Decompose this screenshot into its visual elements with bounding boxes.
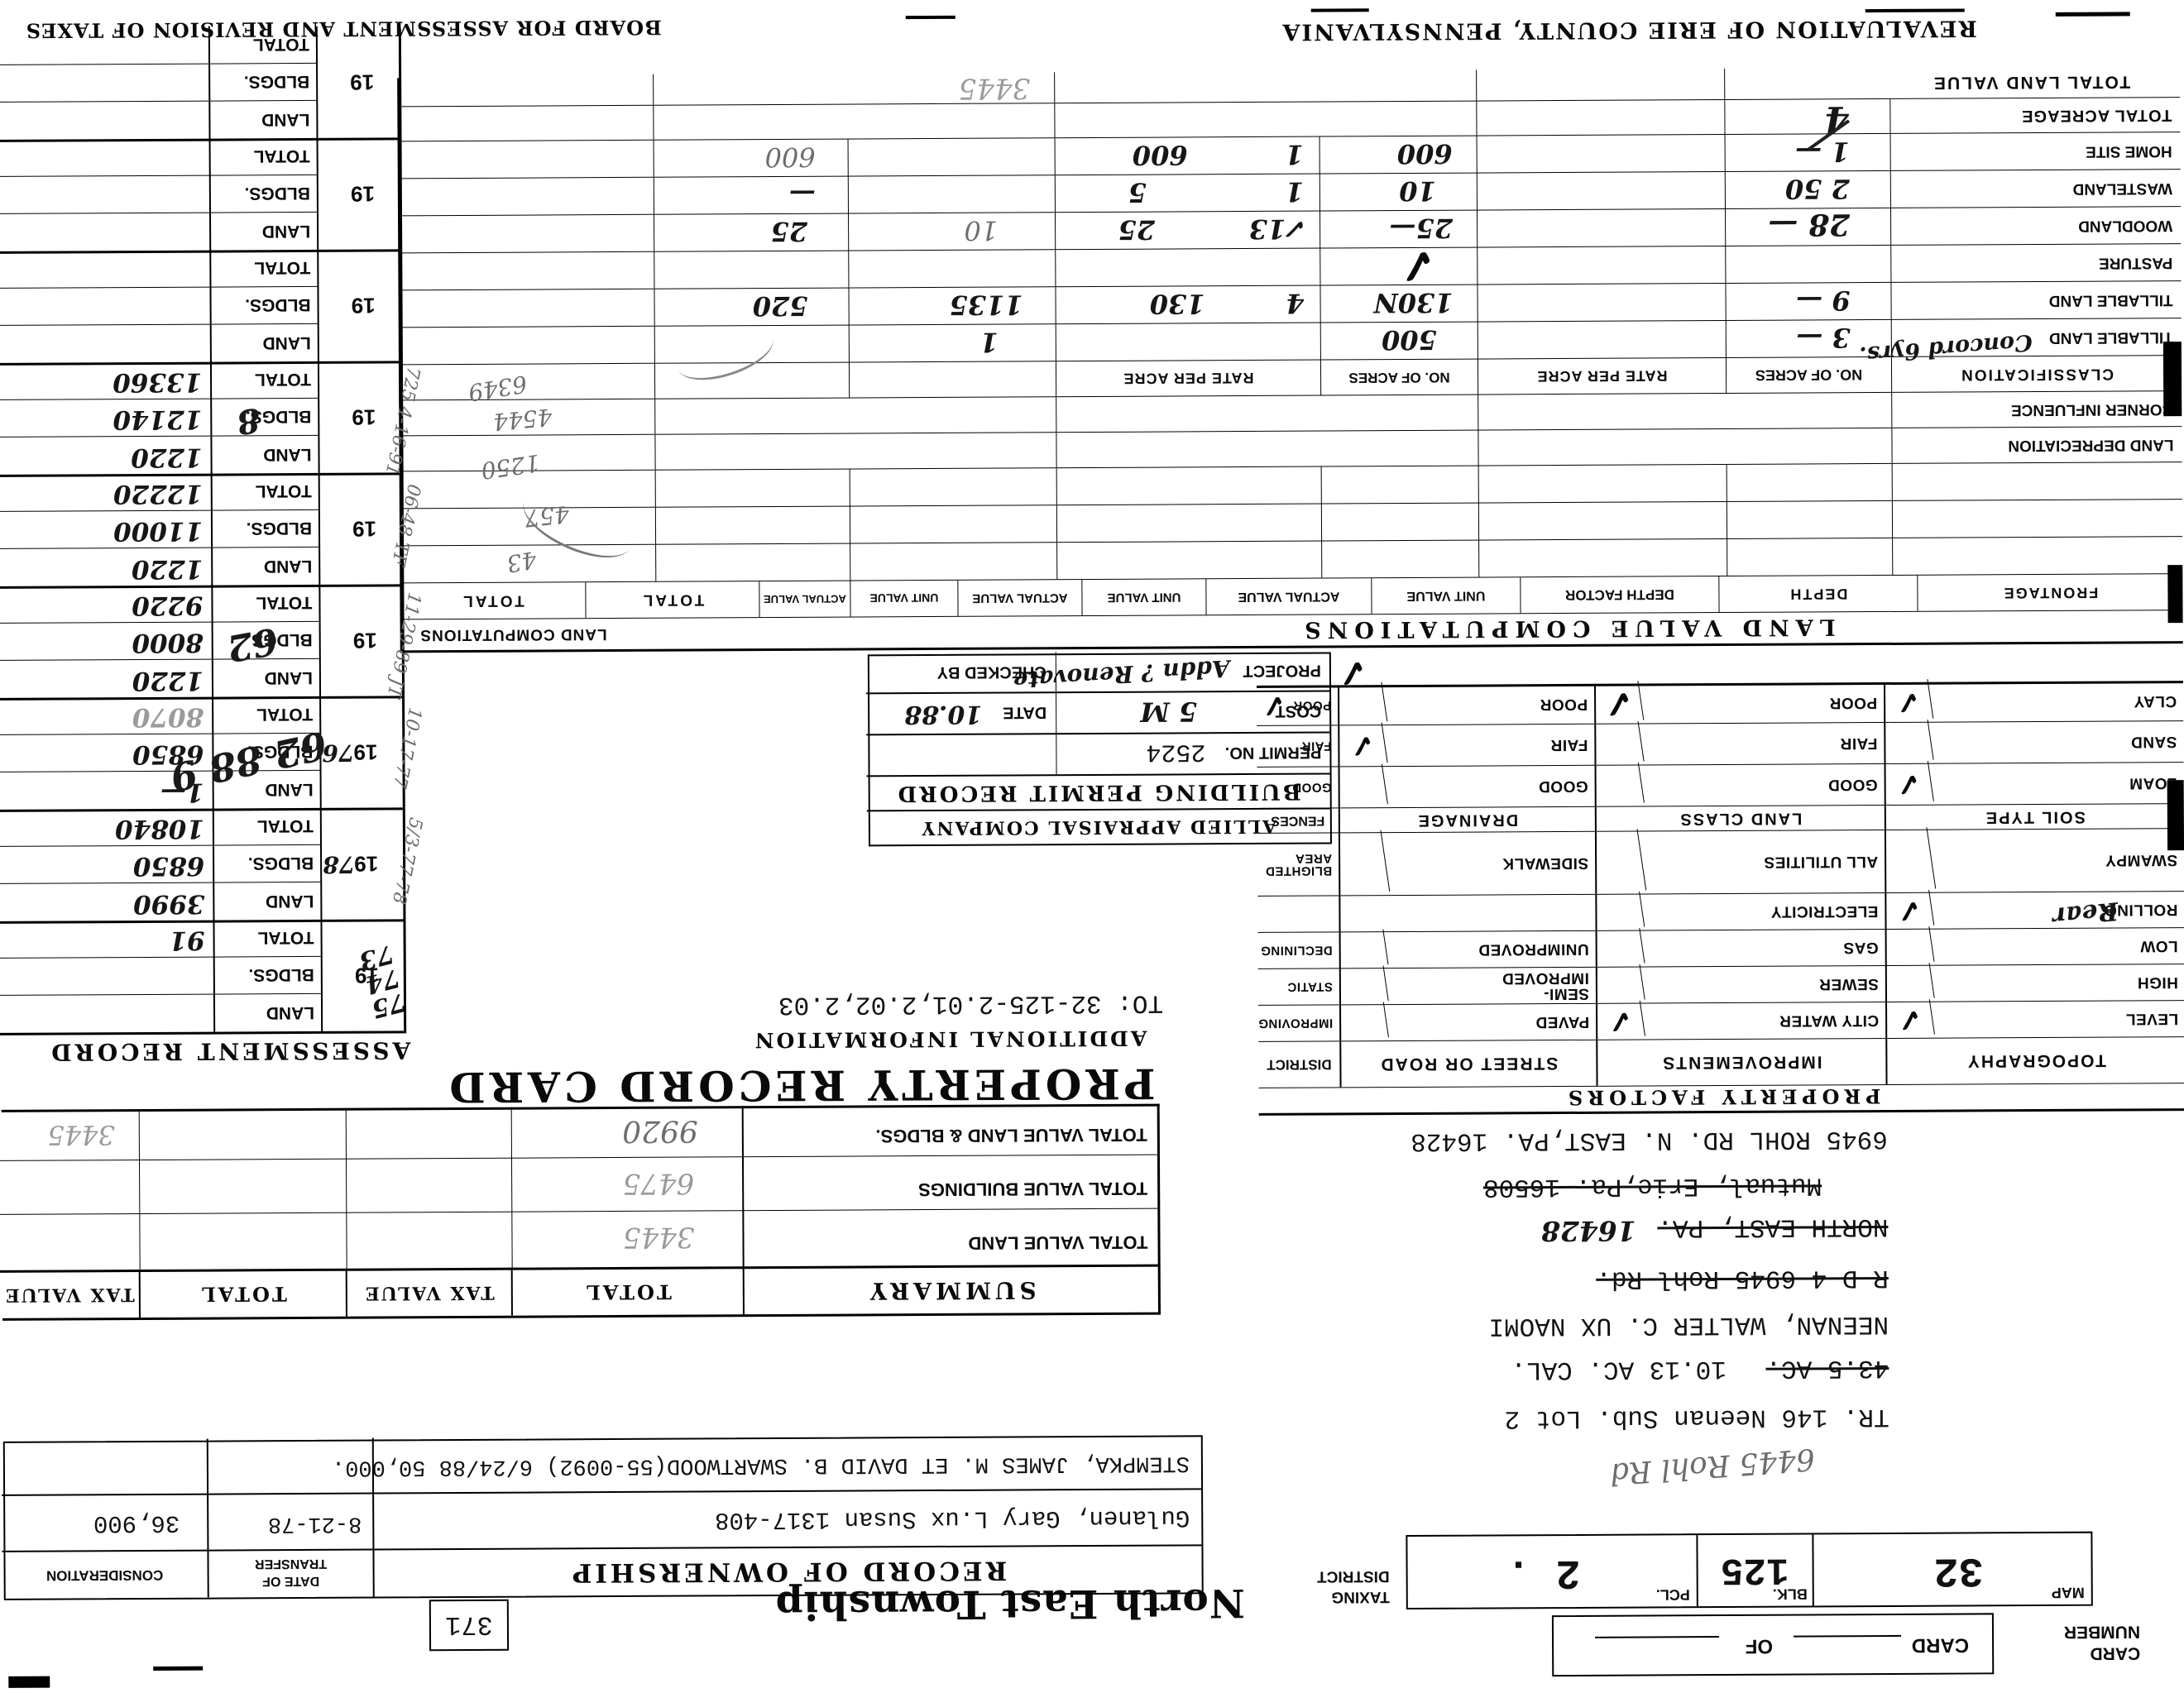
grid-line — [1478, 395, 1478, 430]
col-land-class: LAND CLASS — [1597, 806, 1886, 831]
year-cell-5: 19 — [318, 472, 402, 585]
owner-consideration-1: 36,900 — [93, 1509, 180, 1538]
grid-line — [1890, 134, 1891, 170]
summary-col-line1 — [742, 1106, 745, 1266]
high-label: HIGH — [2137, 974, 2178, 991]
semi-improved-label: SEMI- IMPROVED — [1490, 968, 1589, 1002]
summary-tax2-header: TAX VALUE — [0, 1270, 141, 1318]
grid-line — [1319, 249, 1320, 285]
date-of-transfer-header: DATE OF TRANSFER — [208, 1549, 374, 1598]
bldgs-value-1 — [2, 958, 205, 993]
grid-line — [1056, 468, 1057, 505]
swampy-label: SWAMPY — [2105, 852, 2178, 868]
summary-table: SUMMARY TOTAL TAX VALUE TOTAL TAX VALUE … — [2, 1104, 1161, 1321]
property-factors-title: PROPERTY FACTORS — [1259, 1083, 2184, 1112]
factors2-row-2: SAND FAIR FAIR✓ FAIR — [1257, 721, 2183, 768]
card-of-of-label: OF — [1746, 1634, 1773, 1657]
improving-label: IMPROVING — [1258, 1016, 1333, 1030]
grid-line — [654, 399, 655, 434]
grid-line — [1724, 100, 1725, 134]
home-site-rate2a: 1 — [1285, 139, 1303, 170]
grid-line — [1056, 543, 1057, 579]
cell-drainage-poor: POOR — [1339, 684, 1596, 725]
factors-row-5: SWAMPY ALL UTILITIES SIDEWALK BLIGHTED A… — [1257, 829, 2184, 897]
total-land-value-label: TOTAL LAND VALUE — [1933, 71, 2130, 92]
map-blk-pcl-row: MAP 32 BLK. 125 PCL. 2 . — [1406, 1532, 2092, 1609]
cell-landclass-good: GOOD — [1597, 764, 1886, 806]
project-label: PROJECT — [1243, 661, 1321, 680]
cell-sidewalk: SIDEWALK — [1340, 832, 1597, 896]
home-site-acres2: 600 — [1397, 138, 1453, 170]
year-19: 19 — [354, 851, 378, 877]
total-value-4: 9220 — [0, 586, 203, 621]
checked-by-label: CHECKED BY — [937, 662, 1046, 682]
owner-name-2: STEMPKA, JAMES M. ET DAVID B. SWARTWOOD(… — [332, 1450, 1190, 1479]
bldgs-value-5: 11000 — [0, 511, 203, 547]
cell-landclass-fair: FAIR — [1596, 723, 1885, 765]
level-label: LEVEL — [2125, 1011, 2178, 1027]
cell-blank-road — [1340, 895, 1597, 932]
property-record-card-scan: CARD NUMBER CARD OF MAP 32 BLK. 125 PCL.… — [0, 0, 2184, 1687]
assessment-block-2: 19 78 5/3-77-78 LAND3990 BLDGS.6850 TOTA… — [0, 810, 403, 924]
total-value-1: 91 — [2, 921, 204, 956]
summary-col-line2 — [511, 1107, 513, 1268]
summary-landbldgs-total-value: 9920 — [622, 1113, 698, 1147]
grid-line — [654, 252, 654, 289]
total-label: TOTAL — [213, 919, 320, 957]
acreage-current: 10.13 AC. CAL. — [1511, 1354, 1727, 1384]
project-checkmark: ✓ — [1334, 649, 1371, 696]
ownership-row-1: Gulanen, Gary L.ux Susan 1317-408 8-21-7… — [2, 1490, 1201, 1551]
card-blank — [1794, 1635, 1901, 1638]
desc-tract-line: TR. 146 Neenan Sub. Lot 2 — [1504, 1402, 1889, 1432]
paved-label: PAVED — [1535, 1013, 1589, 1030]
scan-artifact — [153, 1667, 203, 1671]
ownership-divider-1a — [372, 1495, 374, 1549]
map-value: 32 — [1933, 1546, 1983, 1593]
wasteland-acres1: 2 50 — [1785, 173, 1850, 204]
pcl-box: PCL. 2 . — [1406, 1535, 1698, 1608]
grid-line — [655, 508, 656, 544]
land-computations-label: LAND COMPUTATIONS — [419, 624, 606, 643]
grid-line — [654, 141, 654, 177]
assessment-block-6: 19 725 4-16-91 8 LAND1220 BLDGS.12140 TO… — [0, 363, 401, 477]
property-factors-table: PROPERTY FACTORS TOPOGRAPHY IMPROVEMENTS… — [1257, 681, 2184, 1116]
drainage-good-label: GOOD — [1539, 777, 1588, 794]
wasteland-rate2b: 5 — [1128, 177, 1147, 208]
assessment-block-4: 19 11-29-89 JT 62 LAND1220 BLDGS.8000 TO… — [0, 586, 402, 701]
grid-line — [1319, 175, 1320, 211]
consideration-header: CONSIDERATION — [2, 1550, 208, 1599]
cell-declining: DECLINING — [1258, 932, 1341, 968]
land-label: LAND — [211, 548, 318, 586]
hdr-no-of-acres-2: NO. OF ACRES — [1321, 360, 1478, 395]
clay-label: CLAY — [2134, 692, 2177, 709]
clay-checkbox: ✓ — [1883, 679, 1933, 725]
owner-date-1: 8-21-78 — [268, 1511, 362, 1537]
total-value-2: 10840 — [2, 809, 204, 844]
grid-line — [1727, 539, 1727, 576]
land-label: LAND — [210, 436, 318, 474]
year-19: 19 — [353, 628, 377, 653]
page-title: PROPERTY RECORD CARD — [445, 1059, 1156, 1112]
grid-line — [654, 215, 654, 251]
sand-label: SAND — [2130, 734, 2177, 750]
year-19: 19 — [352, 404, 376, 430]
cost-label: COST — [1276, 701, 1322, 720]
year-note-1: 75 74 73 — [318, 940, 408, 1031]
pencil-calc-4: 4544 — [492, 403, 553, 435]
assessment-block-3: 19 76 10-17-77 62 88 9 LAND1— BLDGS.6850… — [0, 698, 403, 812]
permit-row1-divider — [1056, 733, 1056, 774]
date-value: 10.88 — [904, 700, 982, 729]
grid-line — [850, 470, 850, 506]
sewer-checkbox — [1595, 964, 1645, 1006]
year-cell-9: 19 — [316, 26, 400, 138]
scan-artifact — [906, 16, 955, 19]
cell-sewer: SEWER — [1597, 966, 1887, 1003]
footer-revaluation: REVALUATION OF ERIE COUNTY, PENNSYLVANIA — [1281, 15, 1976, 44]
grid-line — [848, 140, 849, 176]
hdr-depth: DEPTH — [1719, 576, 1918, 612]
grid-line — [1477, 285, 1478, 322]
taxing-line1: TAXING — [1317, 1585, 1390, 1606]
hdr-unit-value-2: UNIT VALUE — [1082, 579, 1206, 615]
grid-line — [848, 214, 849, 251]
tillable-2-total1: 520 — [753, 290, 808, 322]
summary-total2-header: TOTAL — [141, 1269, 347, 1318]
static-label: STATIC — [1287, 980, 1333, 993]
tillable-1-label: TILLABLE LAND — [2049, 328, 2173, 347]
cell-sand: SAND — [1885, 721, 2183, 763]
all-utilities-checkbox — [1592, 829, 1646, 897]
scan-artifact — [2056, 12, 2130, 16]
summary-row-bldgs-label: TOTAL VALUE BUILDINGS — [918, 1178, 1147, 1200]
factors2-row-3: CLAY✓ POOR✓ POOR POOR✓ — [1257, 681, 2183, 726]
of-blank — [1595, 1636, 1719, 1638]
card-of-box: CARD OF — [1552, 1613, 1994, 1676]
summary-row-total-label: TOTAL VALUE LAND & BLDGS. — [875, 1124, 1147, 1147]
grid-line — [1319, 137, 1320, 174]
map-label: MAP — [2052, 1584, 2085, 1601]
grid-line — [849, 326, 850, 362]
rolling-checkbox: ✓ — [1885, 890, 1935, 931]
cell-blank-district — [1257, 896, 1340, 932]
date-label: DATE — [1003, 702, 1046, 721]
grid-line — [1476, 102, 1477, 136]
grid-line — [1725, 209, 1726, 246]
electricity-label: ELECTRICITY — [1770, 903, 1878, 921]
cell-loam: LOAM✓ — [1886, 763, 2184, 805]
semi-improved-checkbox — [1339, 966, 1389, 1007]
summary-land-total-value: 3445 — [623, 1221, 695, 1254]
grid-line — [1890, 246, 1891, 282]
sidewalk-checkbox — [1336, 830, 1390, 898]
grid-line — [653, 106, 654, 140]
zip-handwritten: 16428 — [1541, 1215, 1636, 1248]
pcl-label: PCL. — [1656, 1585, 1690, 1603]
cell-electricity: ELECTRICITY — [1597, 893, 1886, 930]
ownership-row-2: STEMPKA, JAMES M. ET DAVID B. SWARTWOOD(… — [2, 1435, 1201, 1496]
woodland-rate2b: 25 — [1118, 214, 1155, 246]
land-value-computations-title: LAND VALUE COMPUTATIONS — [1298, 614, 1836, 642]
land-label: LAND — [210, 324, 318, 362]
hdr-unit-value-1: UNIT VALUE — [1372, 577, 1521, 614]
year-cell-1: 19 75 74 73 — [320, 919, 404, 1031]
grid-line — [1477, 211, 1478, 247]
total-label: TOTAL — [210, 361, 318, 399]
cell-clay: CLAY✓ — [1885, 681, 2183, 722]
year-19: 19 — [352, 293, 376, 318]
grid-line — [654, 178, 654, 214]
card-number-line1: CARD — [2024, 1642, 2140, 1664]
scan-artifact — [2163, 342, 2182, 416]
grid-line — [1892, 501, 1893, 538]
tillable-2-label: TILLABLE LAND — [2049, 290, 2173, 309]
year-cell-2: 19 78 — [320, 807, 404, 920]
cell-high: HIGH — [1887, 964, 2184, 1002]
factors-row-1: LEVEL✓ CITY WATER✓ PAVED IMPROVING — [1258, 1001, 2184, 1042]
blk-box: BLK. 125 — [1698, 1534, 1813, 1606]
tillable-2-acres1: 9 — — [1796, 285, 1851, 316]
total-label: TOTAL — [209, 249, 317, 287]
woodland-rate2a: ✓13 — [1249, 213, 1309, 245]
scan-artifact — [1311, 8, 1369, 12]
scan-artifact — [8, 1676, 50, 1687]
grid-line — [1321, 505, 1322, 541]
cell-all-utilities: ALL UTILITIES — [1597, 830, 1886, 894]
desc-old-address-1: R D 4 6945 Rohl Rd. — [1596, 1263, 1889, 1294]
ownership-table: RECORD OF OWNERSHIP DATE OF TRANSFER CON… — [3, 1435, 1204, 1600]
taxing-district-label: TAXING DISTRICT — [1317, 1566, 1390, 1607]
grid-line — [1055, 175, 1056, 212]
summary-col-line3 — [346, 1108, 347, 1269]
cell-swampy: SWAMPY — [1886, 829, 2184, 892]
unimproved-label: UNIMPROVED — [1478, 940, 1589, 958]
cell-level: LEVEL✓ — [1887, 1001, 2184, 1038]
city-water-checkbox: ✓ — [1595, 1001, 1645, 1042]
home-site-label: HOME SITE — [2086, 141, 2172, 160]
home-site-total1: 600 — [764, 141, 815, 173]
hdr-rate-per-acre-1: RATE PER ACRE — [1478, 358, 1727, 395]
grid-line — [1055, 250, 1056, 286]
grid-line — [1478, 541, 1479, 577]
drainage-poor-label: POOR — [1540, 696, 1588, 712]
summary-bldgs-total-value: 6475 — [623, 1167, 695, 1200]
grid-line — [1725, 284, 1726, 320]
unimproved-checkbox — [1339, 930, 1389, 971]
grid-line — [1890, 208, 1891, 245]
col-topography: TOPOGRAPHY — [1887, 1037, 2184, 1084]
scan-artifact — [2167, 565, 2182, 623]
col-drainage: DRAINAGE — [1340, 807, 1597, 833]
grid-line — [1890, 283, 1891, 319]
summary-landbldgs-tax-value: 3445 — [47, 1119, 115, 1150]
permit-no-value: 2524 — [1146, 737, 1205, 765]
grid-line — [1055, 213, 1056, 249]
land-value-6: 1220 — [0, 438, 203, 473]
page-number-box: 371 — [429, 1600, 509, 1652]
home-site-rate2b: 600 — [1133, 139, 1188, 170]
wasteland-total1: — — [789, 179, 816, 210]
total-value-3: 8070 — [1, 697, 204, 733]
card-of-card-label: CARD — [1912, 1633, 1969, 1656]
drainage-good-checkbox — [1337, 764, 1387, 811]
col-street-or-road: STREET OR ROAD — [1341, 1040, 1597, 1088]
city-water-label: CITY WATER — [1779, 1012, 1880, 1030]
old-city-struck: NORTH EAST, PA. — [1657, 1212, 1888, 1241]
grid-line — [1725, 172, 1726, 208]
hdr-total-2: TOTAL — [400, 582, 586, 619]
total-acreage-label: TOTAL ACREAGE — [2021, 105, 2172, 125]
hdr-frontage: FRONTAGE — [1918, 574, 2182, 611]
card-number-label: CARD NUMBER — [2024, 1620, 2140, 1664]
grid-line — [1056, 433, 1056, 467]
assessment-block-9: 19 LAND BLDGS. TOTAL — [0, 28, 400, 142]
landclass-poor-checkbox: ✓ — [1593, 681, 1644, 726]
all-utilities-label: ALL UTILITIES — [1764, 854, 1878, 871]
gas-checkbox — [1595, 928, 1645, 969]
grid-line — [655, 471, 656, 507]
low-checkbox — [1885, 926, 1935, 968]
cell-landclass-poor: POOR✓ — [1596, 682, 1885, 724]
rolling-rear-note: Rear — [2052, 896, 2119, 930]
building-permit-title: BUILDING PERMIT RECORD — [867, 774, 1330, 811]
grid-line — [1055, 138, 1056, 175]
col-district: DISTRICT — [1258, 1041, 1341, 1088]
tillable-2-rate2b: 130 — [1150, 288, 1205, 319]
assessment-block-7: 19 LAND BLDGS. TOTAL — [0, 251, 400, 366]
grid-line — [1321, 467, 1322, 504]
land-value-table: LAND VALUE COMPUTATIONS LAND COMPUTATION… — [397, 69, 2183, 653]
grid-line — [1477, 174, 1478, 210]
corner-influence-label: CORNER INFLUENCE — [2011, 399, 2173, 418]
grid-line — [848, 177, 849, 213]
hdr-unit-value-3: UNIT VALUE — [850, 581, 958, 617]
desc-old-address-2: NORTH EAST, PA. 16428 — [1541, 1212, 1889, 1247]
summary-row-line2 — [0, 1155, 1157, 1161]
wasteland-acres2: 10 — [1399, 175, 1436, 207]
land-value-2: 3990 — [2, 884, 204, 920]
loam-checkbox: ✓ — [1883, 761, 1933, 807]
cell-gas: GAS — [1597, 930, 1887, 967]
landclass-good-checkbox — [1593, 763, 1644, 809]
assessment-table: 19 75 74 73 LAND BLDGS. TOTAL91 19 78 5/… — [0, 28, 406, 1035]
landclass-good-label: GOOD — [1828, 777, 1878, 793]
land-depreciation-label: LAND DEPRECIATION — [2008, 435, 2173, 454]
grid-line — [1727, 502, 1727, 538]
scan-artifact — [1865, 8, 1965, 12]
sidewalk-label: SIDEWALK — [1502, 854, 1588, 871]
summary-row-line1 — [0, 1208, 1157, 1215]
bldgs-label: BLDGS. — [213, 956, 321, 994]
building-permit-table: ALLIED APPRAISAL COMPANY BUILDING PERMIT… — [868, 652, 1332, 846]
grid-line — [1478, 323, 1478, 359]
summary-tax-header: TAX VALUE — [347, 1268, 513, 1317]
grid-line — [1478, 431, 1478, 466]
col-improvements: IMPROVEMENTS — [1597, 1039, 1887, 1086]
grid-line — [1889, 99, 1890, 133]
gas-label: GAS — [1843, 940, 1879, 956]
ownership-divider-2b — [207, 1439, 208, 1494]
cell-drainage-good: GOOD — [1340, 766, 1597, 808]
landclass-poor-label: POOR — [1829, 694, 1877, 710]
wasteland-label: WASTELAND — [2072, 179, 2172, 198]
year-cell-7: 19 — [317, 249, 400, 361]
land-value-1 — [2, 996, 205, 1031]
cell-unimproved: UNIMPROVED — [1341, 931, 1597, 968]
desc-owner-line: NEENAN, WALTER C. UX NAOMI — [1488, 1309, 1889, 1341]
drainage-fair-label: FAIR — [1550, 736, 1588, 753]
hdr-blank-1 — [850, 361, 1056, 397]
year-19: 19 — [352, 516, 376, 542]
wasteland-rate2a: 1 — [1286, 176, 1304, 208]
landclass-fair-checkbox — [1593, 721, 1644, 768]
desc-current-address: 6945 ROHL RD. N. EAST,PA. 16428 — [1410, 1124, 1888, 1155]
desc-acreage-line: 43.5 AC. 10.13 AC. CAL. — [1511, 1353, 1889, 1386]
grid-line — [1478, 466, 1479, 503]
tillable-2-rate2a: 4 — [1286, 288, 1304, 319]
cell-low: LOW — [1887, 928, 2184, 965]
card-number-line2: NUMBER — [2024, 1620, 2140, 1643]
page-subtitle: ADDITIONAL INFORMATION — [753, 1026, 1147, 1052]
total-land-value-amount: 3445 — [959, 71, 1031, 104]
woodland-total1: 25 — [770, 216, 807, 247]
permit-no-label: PERMIT NO. — [1225, 743, 1322, 763]
blighted-area-label: BLIGHTED AREA — [1266, 851, 1332, 878]
grid-line — [1319, 212, 1320, 248]
map-box: MAP 32 — [1813, 1533, 2091, 1606]
assessment-block-5: 19 06-48 TF LAND1220 BLDGS.11000 TOTAL12… — [0, 475, 401, 589]
grid-line — [1724, 69, 1725, 99]
permit-row3-divider — [1056, 652, 1056, 691]
grid-line — [850, 544, 850, 581]
grid-line — [1891, 428, 1892, 463]
landclass-fair-label: FAIR — [1840, 735, 1877, 752]
tillable-1-value: 1 — [979, 327, 998, 358]
total-label: TOTAL — [211, 472, 318, 510]
grid-line — [1478, 504, 1479, 540]
land-label: LAND — [213, 882, 320, 921]
permit-row2-divider — [1056, 691, 1056, 733]
pasture-label: PASTURE — [2099, 253, 2173, 271]
summary-total-header: TOTAL — [513, 1266, 745, 1315]
date-header-line1: DATE OF — [209, 1571, 373, 1590]
grid-line — [1892, 538, 1893, 575]
cell-city-water: CITY WATER✓ — [1597, 1002, 1887, 1040]
additional-info-to-line: TO: 32-125-2.01,2.02,2.03 — [778, 988, 1163, 1019]
taxing-line2: DISTRICT — [1317, 1566, 1390, 1586]
grid-line — [655, 545, 656, 581]
blk-value: 125 — [1721, 1548, 1789, 1591]
bldgs-label: BLDGS. — [210, 398, 318, 436]
grid-line — [1725, 246, 1726, 283]
grid-line — [1056, 324, 1056, 361]
grid-line — [1727, 465, 1727, 501]
high-checkbox — [1885, 963, 1935, 1004]
bldgs-label: BLDGS. — [209, 175, 317, 213]
factors-row-2: HIGH SEWER SEMI- IMPROVED STATIC — [1258, 964, 2184, 1006]
cell-rolling: ROLLINGRear✓ — [1886, 892, 2184, 929]
land-label: LAND — [212, 659, 319, 697]
tillable-2-value: 1135 — [949, 289, 1023, 320]
hdr-total-1: TOTAL — [586, 581, 759, 618]
year-19: 19 — [353, 739, 377, 765]
cost-value: 5 M — [1140, 696, 1197, 727]
ownership-title: RECORD OF OWNERSHIP — [374, 1544, 1201, 1596]
grid-line — [1054, 103, 1055, 137]
cell-semi-improved: SEMI- IMPROVED — [1341, 968, 1597, 1005]
